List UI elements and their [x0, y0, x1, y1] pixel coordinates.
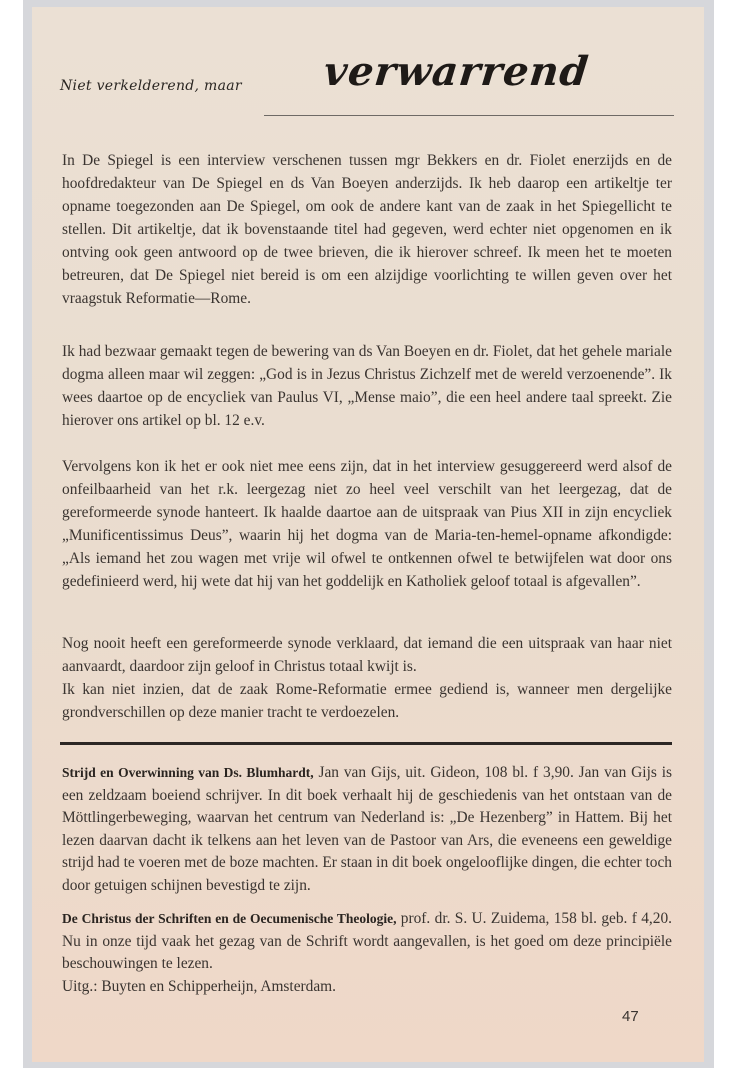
- article-paragraph-5: Ik kan niet inzien, dat de zaak Rome-Ref…: [62, 678, 672, 734]
- title-headline: verwarrend: [322, 48, 592, 95]
- section-divider: [60, 742, 672, 745]
- review-text: Jan van Gijs, uit. Gideon, 108 bl. f 3,9…: [62, 764, 672, 894]
- book-review-2: De Christus der Schriften en de Oecumeni…: [62, 908, 672, 998]
- title-underline: [264, 115, 674, 116]
- paragraph-text: Ik had bezwaar gemaakt tegen de bewering…: [62, 340, 672, 432]
- page-number: 47: [622, 1008, 639, 1025]
- book-title: De Christus der Schriften en de Oecumeni…: [62, 911, 396, 926]
- paragraph-text: Ik kan niet inzien, dat de zaak Rome-Ref…: [62, 678, 672, 724]
- publisher-line: Uitg.: Buyten en Schipperheijn, Amsterda…: [62, 978, 336, 995]
- article-paragraph-3: Vervolgens kon ik het er ook niet mee ee…: [62, 455, 672, 603]
- book-title: Strijd en Overwinning van Ds. Blumhardt,: [62, 765, 314, 780]
- book-review-1: Strijd en Overwinning van Ds. Blumhardt,…: [62, 762, 672, 897]
- paragraph-text: Nog nooit heeft een gereformeerde synode…: [62, 632, 672, 678]
- paragraph-text: In De Spiegel is een interview verschene…: [62, 149, 672, 310]
- title-kicker: Niet verkelderend, maar: [60, 78, 242, 94]
- article-paragraph-1: In De Spiegel is een interview verschene…: [62, 149, 672, 320]
- article-paragraph-2: Ik had bezwaar gemaakt tegen de bewering…: [62, 340, 672, 442]
- paragraph-text: Vervolgens kon ik het er ook niet mee ee…: [62, 455, 672, 593]
